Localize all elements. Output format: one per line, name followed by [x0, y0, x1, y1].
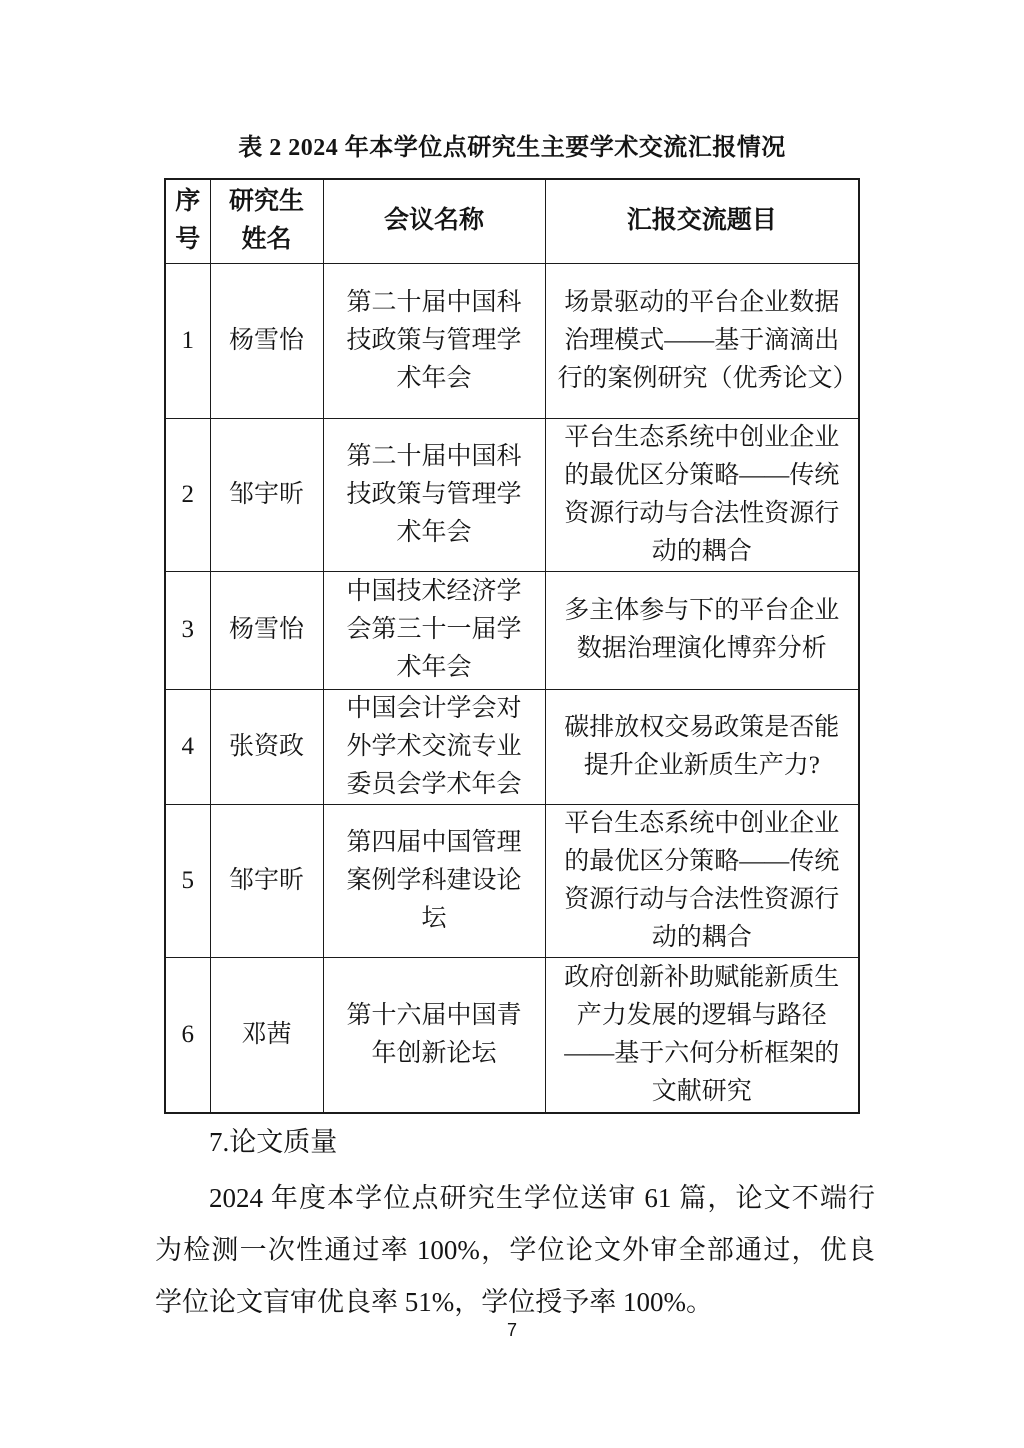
cell-report-topic: 多主体参与下的平台企业数据治理演化博弈分析 — [545, 571, 859, 689]
cell-serial-number: 6 — [165, 957, 210, 1113]
cell-conference-name: 中国技术经济学会第三十一届学术年会 — [323, 571, 545, 689]
header-student-name: 研究生姓名 — [210, 179, 323, 263]
paragraph-line: 2024 年度本学位点研究生学位送审 61 篇，论文不端行 — [155, 1172, 875, 1224]
cell-student-name: 邹宇昕 — [210, 804, 323, 957]
cell-student-name: 张资政 — [210, 689, 323, 804]
cell-serial-number: 1 — [165, 263, 210, 418]
cell-serial-number: 2 — [165, 418, 210, 571]
table-row: 2 邹宇昕 第二十届中国科技政策与管理学术年会 平台生态系统中创业企业的最优区分… — [165, 418, 859, 571]
cell-report-topic: 平台生态系统中创业企业的最优区分策略——传统资源行动与合法性资源行动的耦合 — [545, 418, 859, 571]
table-row: 6 邓茜 第十六届中国青年创新论坛 政府创新补助赋能新质生产力发展的逻辑与路径—… — [165, 957, 859, 1113]
page-number: 7 — [0, 1318, 1024, 1342]
thesis-quality-paragraph: 2024 年度本学位点研究生学位送审 61 篇，论文不端行 为检测一次性通过率 … — [155, 1172, 875, 1328]
document-page: 表 2 2024 年本学位点研究生主要学术交流汇报情况 序号 研究生姓名 会议名… — [0, 0, 1024, 1448]
cell-student-name: 邓茜 — [210, 957, 323, 1113]
cell-student-name: 杨雪怡 — [210, 571, 323, 689]
section-7: 7.论文质量 2024 年度本学位点研究生学位送审 61 篇，论文不端行 为检测… — [155, 1120, 875, 1328]
cell-conference-name: 第十六届中国青年创新论坛 — [323, 957, 545, 1113]
cell-serial-number: 4 — [165, 689, 210, 804]
cell-conference-name: 第二十届中国科技政策与管理学术年会 — [323, 418, 545, 571]
table-caption: 表 2 2024 年本学位点研究生主要学术交流汇报情况 — [0, 130, 1024, 166]
academic-exchange-table: 序号 研究生姓名 会议名称 汇报交流题目 1 杨雪怡 第二十届中国科技政策与管理… — [164, 178, 860, 1114]
cell-report-topic: 政府创新补助赋能新质生产力发展的逻辑与路径——基于六何分析框架的文献研究 — [545, 957, 859, 1113]
table-row: 5 邹宇昕 第四届中国管理案例学科建设论坛 平台生态系统中创业企业的最优区分策略… — [165, 804, 859, 957]
table-row: 4 张资政 中国会计学会对外学术交流专业委员会学术年会 碳排放权交易政策是否能提… — [165, 689, 859, 804]
cell-serial-number: 5 — [165, 804, 210, 957]
cell-report-topic: 场景驱动的平台企业数据治理模式——基于滴滴出行的案例研究（优秀论文） — [545, 263, 859, 418]
cell-student-name: 邹宇昕 — [210, 418, 323, 571]
table-row: 3 杨雪怡 中国技术经济学会第三十一届学术年会 多主体参与下的平台企业数据治理演… — [165, 571, 859, 689]
paragraph-line: 为检测一次性通过率 100%，学位论文外审全部通过，优良 — [155, 1224, 875, 1276]
table-header-row: 序号 研究生姓名 会议名称 汇报交流题目 — [165, 179, 859, 263]
cell-report-topic: 碳排放权交易政策是否能提升企业新质生产力? — [545, 689, 859, 804]
cell-conference-name: 中国会计学会对外学术交流专业委员会学术年会 — [323, 689, 545, 804]
cell-conference-name: 第四届中国管理案例学科建设论坛 — [323, 804, 545, 957]
header-serial-number: 序号 — [165, 179, 210, 263]
cell-student-name: 杨雪怡 — [210, 263, 323, 418]
cell-conference-name: 第二十届中国科技政策与管理学术年会 — [323, 263, 545, 418]
cell-report-topic: 平台生态系统中创业企业的最优区分策略——传统资源行动与合法性资源行动的耦合 — [545, 804, 859, 957]
section-heading: 7.论文质量 — [155, 1120, 875, 1164]
header-report-topic: 汇报交流题目 — [545, 179, 859, 263]
table-row: 1 杨雪怡 第二十届中国科技政策与管理学术年会 场景驱动的平台企业数据治理模式—… — [165, 263, 859, 418]
header-conference-name: 会议名称 — [323, 179, 545, 263]
cell-serial-number: 3 — [165, 571, 210, 689]
